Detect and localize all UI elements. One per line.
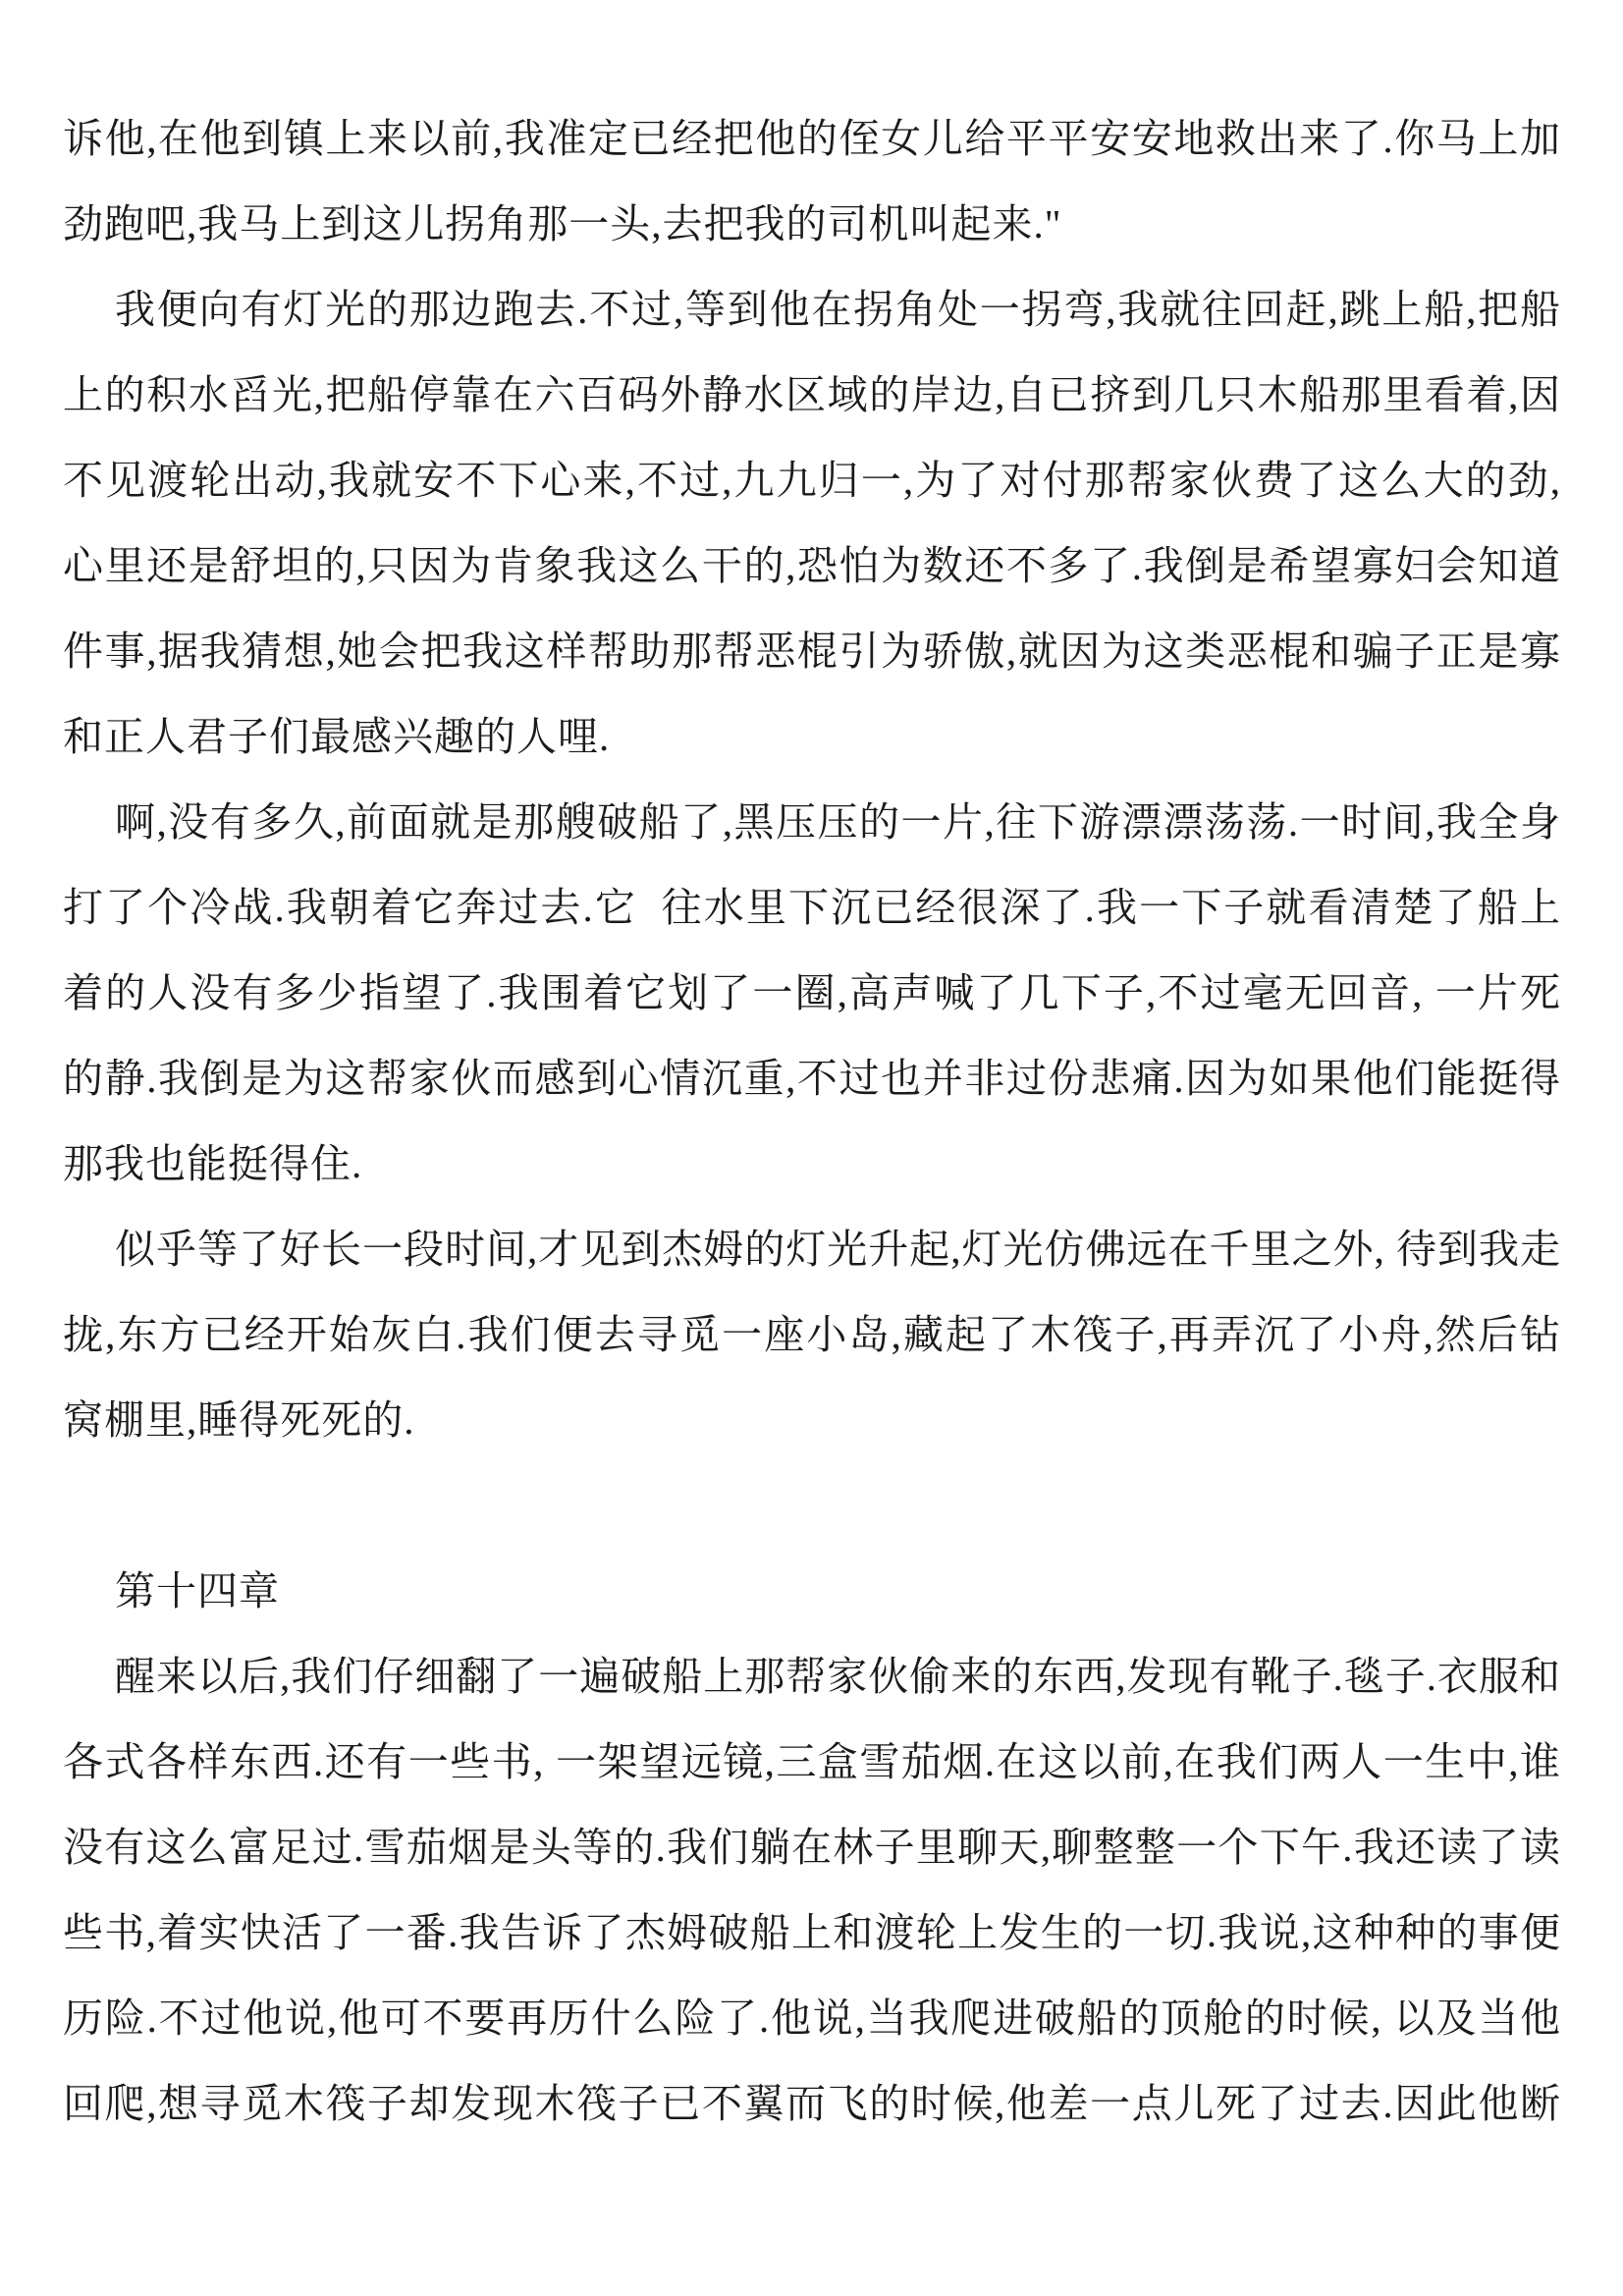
paragraph-line: 醒来以后,我们仔细翻了一遍破船上那帮家伙偷来的东西,发现有靴子.毯子.衣服和 [63, 1634, 1561, 1720]
paragraph-line: 窝棚里,睡得死死的. [63, 1378, 1561, 1463]
paragraph-line: 历险.不过他说,他可不要再历什么险了.他说,当我爬进破船的顶舱的时候, 以及当他… [63, 1976, 1561, 2061]
paragraph-line: 似乎等了好长一段时间,才见到杰姆的灯光升起,灯光仿佛远在千里之外, 待到我走 [63, 1207, 1561, 1292]
paragraph-line: 不见渡轮出动,我就安不下心来,不过,九九归一,为了对付那帮家伙费了这么大的劲,我 [63, 438, 1561, 523]
paragraph-line: 劲跑吧,我马上到这儿拐角那一头,去把我的司机叫起来." [63, 182, 1561, 267]
blank-line [63, 1463, 1561, 1549]
paragraph-line: 的静.我倒是为这帮家伙而感到心情沉重,不过也并非过份悲痛.因为如果他们能挺得住, [63, 1036, 1561, 1121]
paragraph-line: 那我也能挺得住. [63, 1121, 1561, 1207]
paragraph-line: 打了个冷战.我朝着它奔过去.它 往水里下沉已经很深了.我一下子就看清楚了船上活 [63, 865, 1561, 951]
document-page: 诉他,在他到镇上来以前,我准定已经把他的侄女儿给平平安安地救出来了.你马上加把 … [0, 0, 1623, 2296]
paragraph-line: 些书,着实快活了一番.我告诉了杰姆破船上和渡轮上发生的一切.我说,这种种的事便是 [63, 1890, 1561, 1976]
chapter-heading: 第十四章 [63, 1549, 1561, 1634]
paragraph-line: 件事,据我猜想,她会把我这样帮助那帮恶棍引为骄傲,就因为这类恶棍和骗子正是寡妇 [63, 609, 1561, 694]
paragraph-line: 我便向有灯光的那边跑去.不过,等到他在拐角处一拐弯,我就往回赶,跳上船,把船 [63, 267, 1561, 353]
paragraph-line: 各式各样东西.还有一些书, 一架望远镜,三盒雪茄烟.在这以前,在我们两人一生中,… [63, 1720, 1561, 1805]
paragraph-line: 上的积水舀光,把船停靠在六百码外静水区域的岸边,自已挤到几只木船那里看着,因为 [63, 353, 1561, 438]
paragraph-line: 没有这么富足过.雪茄烟是头等的.我们躺在林子里聊天,聊整整一个下午.我还读了读这 [63, 1805, 1561, 1890]
paragraph-line: 着的人没有多少指望了.我围着它划了一圈,高声喊了几下子,不过毫无回音, 一片死一… [63, 951, 1561, 1036]
paragraph-line: 回爬,想寻觅木筏子却发现木筏子已不翼而飞的时候,他差一点儿死了过去.因此他断定, [63, 2061, 1561, 2147]
paragraph-line: 诉他,在他到镇上来以前,我准定已经把他的侄女儿给平平安安地救出来了.你马上加把 [63, 96, 1561, 182]
paragraph-line: 心里还是舒坦的,只因为肯象我这么干的,恐怕为数还不多了.我倒是希望寡妇会知道这 [63, 523, 1561, 609]
text-block: 诉他,在他到镇上来以前,我准定已经把他的侄女儿给平平安安地救出来了.你马上加把 … [63, 96, 1561, 2147]
paragraph-line: 拢,东方已经开始灰白.我们便去寻觅一座小岛,藏起了木筏子,再弄沉了小舟,然后钻进 [63, 1292, 1561, 1378]
paragraph-line: 和正人君子们最感兴趣的人哩. [63, 694, 1561, 780]
paragraph-line: 啊,没有多久,前面就是那艘破船了,黑压压的一片,往下游漂漂荡荡.一时间,我全身 [63, 780, 1561, 865]
